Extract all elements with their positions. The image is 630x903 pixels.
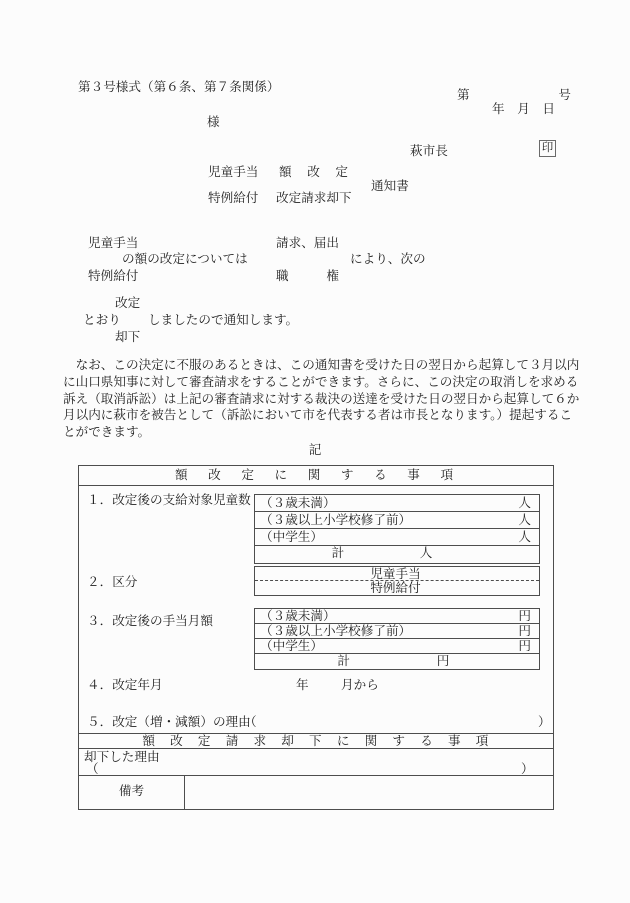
field-revision-year[interactable] — [229, 678, 291, 693]
doc-number-prefix: 第 — [457, 88, 470, 102]
row-label: （３歳以上小学校修了前） — [260, 624, 411, 639]
date-labels: 年 月 日 — [492, 102, 555, 116]
category-table: 児童手当 特例給付 — [254, 566, 540, 596]
field-revision-month[interactable] — [311, 678, 337, 693]
body-phrase-notify: しましたので通知します。 — [148, 313, 298, 327]
paren-close: ） — [538, 715, 551, 729]
children-count-table: （３歳未満） 人 （３歳以上小学校修了前） 人 （中学生） 人 計 人 — [254, 494, 540, 564]
total-unit: 人 — [420, 546, 433, 560]
field-revision-reason[interactable] — [257, 715, 533, 730]
body-basis-option2: 職 権 — [276, 269, 339, 283]
table-header-rejection: 額 改 定 請 求 却 下 に 関 す る 事 項 — [79, 733, 553, 749]
paren-open: （ — [244, 715, 257, 729]
total-row: 計 円 — [255, 654, 539, 669]
appeal-note-line: に山口県知事に対して審査請求をすることができます。さらに、この決定の取消しを求め… — [63, 374, 579, 391]
body-basis-option1: 請求、届出 — [276, 236, 339, 250]
monthly-amount-table: （３歳未満） 円 （３歳以上小学校修了前） 円 （中学生） 円 計 円 — [254, 608, 540, 670]
section5-label: ５．改定（増・減額）の理由 — [87, 715, 251, 729]
category-option-row: 児童手当 — [255, 567, 539, 581]
table-row: （３歳以上小学校修了前） 人 — [255, 512, 539, 529]
category-option2: 特例給付 — [370, 581, 420, 595]
appeal-note-line: 訴え（取消訴訟）は上記の審査請求に対する裁決の送達を受けた日の翌日から起算して６… — [63, 391, 579, 408]
year-label: 年 — [296, 678, 309, 692]
doc-number-field[interactable] — [470, 88, 559, 102]
field-remarks[interactable] — [186, 776, 551, 808]
row-label: （３歳以上小学校修了前） — [260, 512, 411, 529]
body-phrase-by: により、次の — [350, 252, 426, 266]
body-result-option1: 改定 — [115, 296, 140, 310]
table-row: （中学生） 円 — [255, 639, 539, 654]
unit-label: 円 — [518, 624, 531, 639]
table-row: （３歳以上小学校修了前） 円 — [255, 624, 539, 639]
ki-marker: 記 — [0, 439, 630, 458]
total-label: 計 — [337, 654, 350, 668]
revision-table: 額 改 定 に 関 す る 事 項 １．改定後の支給対象児童数 （３歳未満） 人… — [78, 465, 554, 810]
unit-label: 人 — [518, 529, 531, 546]
title-action-option2: 改定請求却下 — [276, 191, 352, 205]
month-from-label: 月から — [341, 678, 379, 692]
section3-label: ３．改定後の手当月額 — [87, 614, 213, 628]
title-doc-type: 通知書 — [371, 179, 409, 193]
field-rejection-reason[interactable] — [101, 762, 515, 775]
body-benefit-option2: 特例給付 — [88, 269, 138, 283]
table-header-revision: 額 改 定 に 関 す る 事 項 — [79, 466, 553, 486]
title-benefit-option1: 児童手当 — [208, 165, 258, 179]
category-option-row: 特例給付 — [255, 581, 539, 595]
issuer-label: 萩市長 — [410, 144, 448, 158]
total-row: 計 人 — [255, 546, 539, 563]
section2-label: ２．区分 — [87, 575, 137, 589]
unit-label: 人 — [518, 512, 531, 529]
issue-date-line: 年 月 日 — [430, 102, 555, 116]
section4-label: ４．改定年月 — [87, 678, 163, 692]
table-row: （中学生） 人 — [255, 529, 539, 546]
unit-label: 円 — [518, 639, 531, 654]
total-label: 計 — [332, 546, 345, 560]
title-action-option1: 額 改 定 — [279, 165, 349, 179]
document-page: 第３号様式（第６条、第７条関係） 第 号 年 月 日 様 萩市長 印 児童手当 … — [0, 0, 630, 903]
remarks-label: 備考 — [79, 784, 184, 798]
title-benefit-option2: 特例給付 — [208, 191, 258, 205]
row-label: （中学生） — [260, 639, 323, 654]
row-label: （中学生） — [260, 529, 323, 546]
section1-label: １．改定後の支給対象児童数 — [87, 493, 251, 507]
appeal-note-line: 月以内に萩市を被告として（訴訟において市を代表する者は市長となります。）提起する… — [63, 407, 579, 424]
seal-box: 印 — [539, 140, 556, 157]
table-row: （３歳未満） 人 — [255, 495, 539, 512]
appeal-note-line: なお、この決定に不服のあるときは、この通知書を受けた日の翌日から起算して３月以内 — [63, 357, 579, 374]
row-label: （３歳未満） — [260, 609, 336, 624]
body-phrase-as: とおり — [83, 313, 121, 327]
doc-number-suffix: 号 — [558, 88, 571, 102]
unit-label: 円 — [518, 609, 531, 624]
addressee-suffix: 様 — [207, 115, 220, 129]
category-option1: 児童手当 — [370, 567, 420, 581]
body-phrase-about: の額の改定については — [122, 252, 248, 266]
unit-label: 人 — [518, 495, 531, 512]
body-benefit-option1: 児童手当 — [88, 236, 138, 250]
appeal-note: なお、この決定に不服のあるときは、この通知書を受けた日の翌日から起算して３月以内… — [63, 357, 579, 441]
total-unit: 円 — [437, 654, 450, 668]
body-result-option2: 却下 — [115, 330, 140, 344]
divider-line — [184, 775, 185, 809]
issue-date-field[interactable] — [430, 102, 492, 116]
addressee-name-field[interactable] — [85, 112, 200, 128]
row-label: （３歳未満） — [260, 495, 336, 512]
doc-number-line: 第 号 — [457, 88, 571, 102]
table-row: （３歳未満） 円 — [255, 609, 539, 624]
form-number-label: 第３号様式（第６条、第７条関係） — [78, 80, 280, 94]
issuer-name-field[interactable] — [458, 141, 534, 156]
field-amount-total[interactable] — [354, 655, 422, 668]
field-children-total[interactable] — [349, 547, 411, 562]
